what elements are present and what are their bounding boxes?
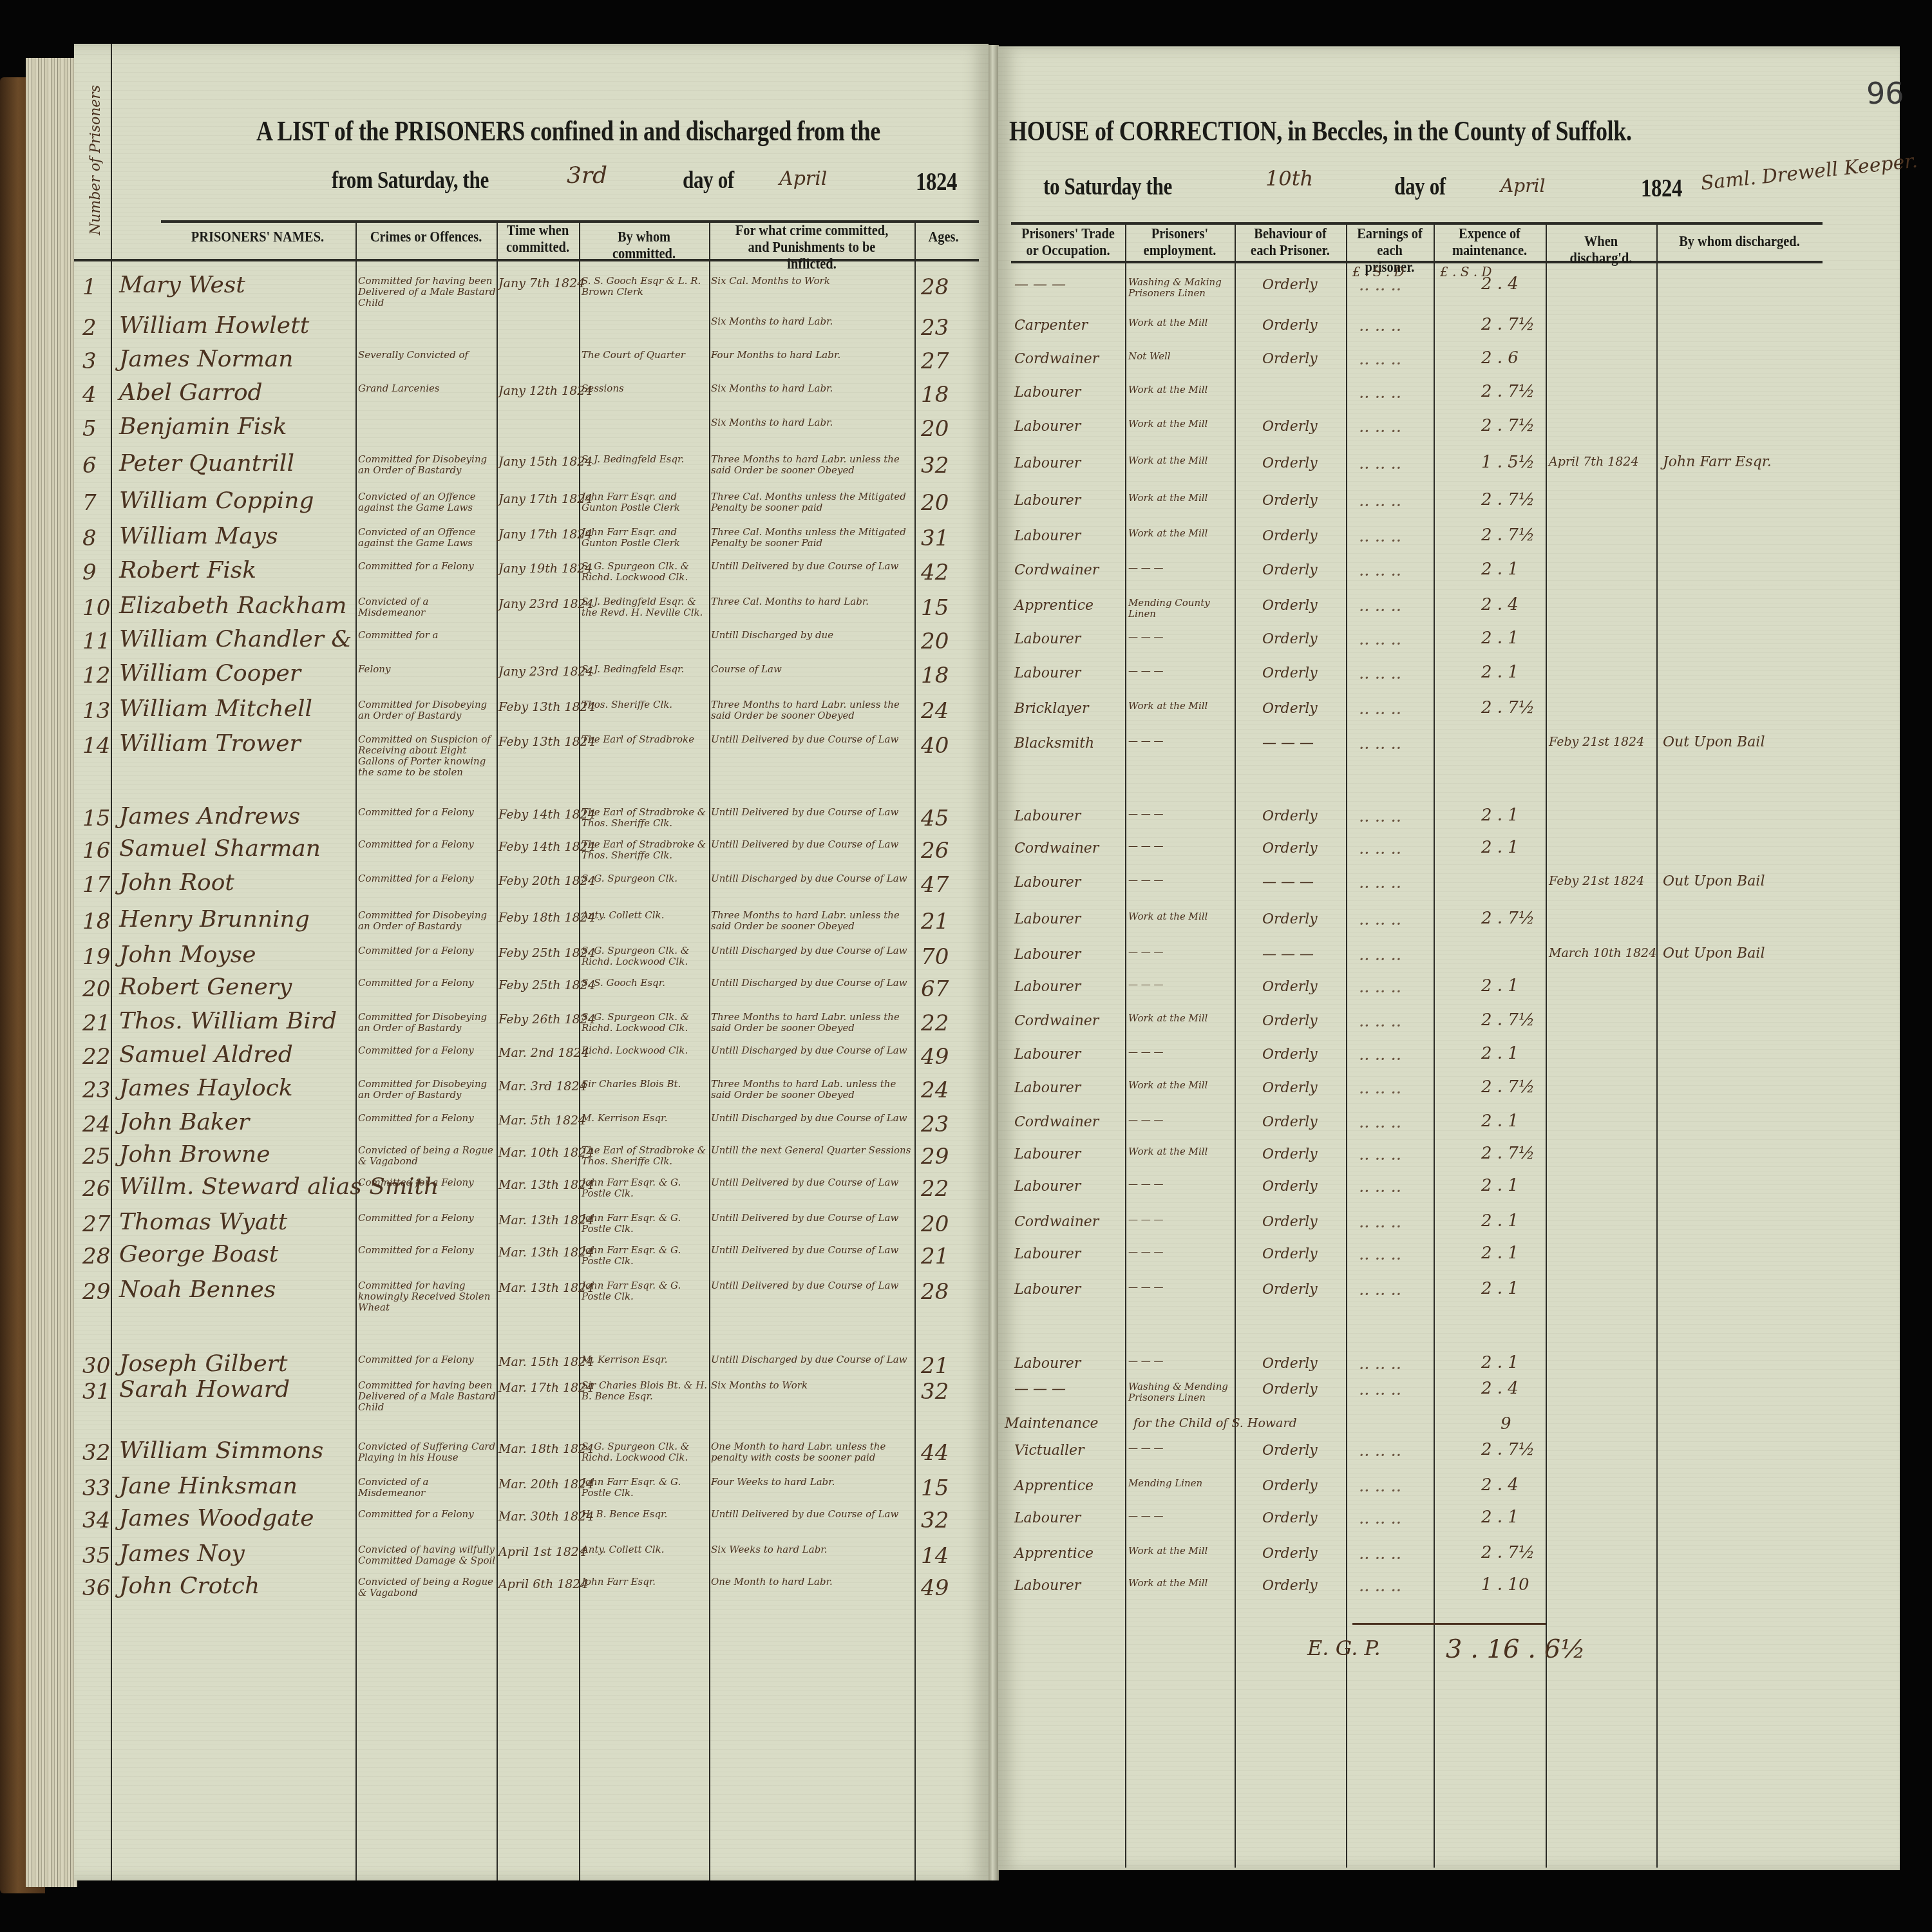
behaviour: Orderly (1262, 808, 1318, 824)
employment: Work at the Mill (1128, 1080, 1234, 1091)
occupation: Labourer (1014, 493, 1081, 509)
period-right-month: April (1501, 175, 1545, 196)
expense: 2 . 4 (1481, 1475, 1519, 1495)
punishment: One Month to hard Labr. (711, 1577, 913, 1587)
committed-by: H. B. Bence Esqr. (582, 1509, 708, 1520)
row-number: 16 (82, 838, 110, 864)
behaviour: Orderly (1262, 911, 1318, 927)
expense: 2 . 1 (1481, 1211, 1519, 1231)
employment: — — — (1128, 875, 1234, 885)
earnings: .. .. .. (1359, 383, 1401, 402)
row-number: 32 (82, 1440, 110, 1466)
punishment: Three Cal. Months to hard Labr. (711, 596, 913, 607)
row-number: 12 (82, 663, 110, 688)
col-header-occupation: Prisoners' Trade or Occupation. (1019, 225, 1116, 259)
prisoner-name: Benjamin Fisk (119, 413, 287, 440)
extra-employment: for the Child of S. Howard (1133, 1417, 1297, 1430)
age: 18 (921, 382, 949, 408)
employment: — — — (1128, 562, 1234, 573)
prisoner-name: Joseph Gilbert (119, 1350, 287, 1377)
age: 28 (921, 274, 949, 300)
earnings: .. .. .. (1359, 699, 1401, 719)
prisoner-name: Robert Genery (119, 974, 292, 1000)
behaviour: Orderly (1262, 598, 1318, 614)
behaviour: Orderly (1262, 1356, 1318, 1372)
total-rule (1352, 1623, 1546, 1625)
earnings: .. .. .. (1359, 1380, 1401, 1399)
prisoner-name: John Moyse (119, 942, 256, 968)
time-committed: Mar. 13th 1824 (498, 1282, 594, 1295)
time-committed: Mar. 10th 1824 (498, 1146, 594, 1160)
age: 70 (921, 944, 949, 970)
crime: Committed for a Felony (358, 1213, 496, 1224)
employment: — — — (1128, 1246, 1234, 1257)
behaviour: Orderly (1262, 1546, 1318, 1562)
earnings: .. .. .. (1359, 910, 1401, 929)
occupation: Labourer (1014, 979, 1081, 995)
punishment: Untill Delivered by due Course of Law (711, 839, 913, 850)
prisoner-name: John Browne (119, 1141, 270, 1168)
earnings: .. .. .. (1359, 350, 1401, 369)
earnings: .. .. .. (1359, 1145, 1401, 1164)
prisoner-name: Jane Hinksman (119, 1473, 298, 1499)
crime: Committed for having been Delivered of a… (358, 276, 496, 308)
committed-by: Thos. Sheriffe Clk. (582, 699, 708, 710)
committed-by: S. J. Bedingfeld Esqr. (582, 664, 708, 675)
age: 32 (921, 1379, 949, 1405)
time-committed: Jany 17th 1824 (498, 493, 592, 506)
occupation: Labourer (1014, 455, 1081, 471)
occupation: Labourer (1014, 1282, 1081, 1298)
age: 44 (921, 1440, 949, 1466)
committed-by: The Earl of Stradbroke & Thos. Sheriffe … (582, 807, 708, 829)
period-left-year: 1824 (916, 166, 957, 196)
occupation: Cordwainer (1014, 1013, 1099, 1029)
row-number: 15 (82, 806, 110, 831)
committed-by: Anty. Collett Clk. (582, 1544, 708, 1555)
punishment: Six Weeks to hard Labr. (711, 1544, 913, 1555)
prisoner-name: William Cooper (119, 660, 301, 687)
row-number: 35 (82, 1543, 110, 1569)
row-number: 7 (82, 490, 97, 516)
occupation: Cordwainer (1014, 840, 1099, 857)
punishment: Untill Discharged by due Course of Law (711, 1113, 913, 1124)
crime: Committed for a Felony (358, 807, 496, 818)
employment: — — — (1128, 1179, 1234, 1189)
punishment: Untill Delivered by due Course of Law (711, 1245, 913, 1256)
behaviour: — — — (1262, 735, 1314, 752)
age: 29 (921, 1144, 949, 1170)
row-number: 8 (82, 526, 97, 551)
time-committed: Mar. 2nd 1824 (498, 1046, 589, 1060)
prisoner-name: James Woodgate (119, 1505, 314, 1531)
employment: — — — (1128, 1214, 1234, 1225)
employment: — — — (1128, 840, 1234, 851)
behaviour: Orderly (1262, 701, 1318, 717)
prisoner-name: Robert Fisk (119, 557, 256, 583)
occupation: Labourer (1014, 1356, 1081, 1372)
col-header-by-whom: By whom committed. (589, 229, 699, 262)
behaviour: Orderly (1262, 455, 1318, 471)
committed-by: S. G. Spurgeon Clk. & Richd. Lockwood Cl… (582, 561, 708, 583)
prisoner-name: William Mays (119, 523, 278, 549)
earnings: .. .. .. (1359, 1509, 1401, 1528)
title-left: A LIST of the PRISONERS confined in and … (256, 115, 880, 147)
age: 22 (921, 1010, 949, 1036)
employment: — — — (1128, 1443, 1234, 1454)
title-right: HOUSE of CORRECTION, in Beccles, in the … (1009, 115, 1632, 147)
crime: Committed for a (358, 630, 496, 641)
occupation: Labourer (1014, 528, 1081, 544)
prisoner-name: John Baker (119, 1109, 249, 1135)
prisoner-name: James Noy (119, 1540, 245, 1567)
expense: 2 . 1 (1481, 560, 1519, 579)
earnings: .. .. .. (1359, 1577, 1401, 1596)
crime: Committed for Disobeying an Order of Bas… (358, 1079, 496, 1101)
employment: — — — (1128, 735, 1234, 746)
prisoner-name: Sarah Howard (119, 1376, 290, 1403)
crime: Committed for a Felony (358, 1177, 496, 1188)
earnings: .. .. .. (1359, 1280, 1401, 1300)
behaviour: Orderly (1262, 1013, 1318, 1029)
occupation: Cordwainer (1014, 562, 1099, 578)
row-number: 6 (82, 453, 97, 478)
committed-by: John Farr Esqr. and Gunton Postle Clerk (582, 527, 708, 549)
crime: Committed for Disobeying an Order of Bas… (358, 910, 496, 932)
expense: 2 . 7½ (1481, 1144, 1535, 1163)
committed-by: S. G. Spurgeon Clk. (582, 873, 708, 884)
earnings: .. .. .. (1359, 491, 1401, 511)
prisoner-name: William Chandler & (119, 626, 352, 652)
time-committed: Mar. 13th 1824 (498, 1246, 594, 1260)
earnings: .. .. .. (1359, 1477, 1401, 1496)
employment: Work at the Mill (1128, 384, 1234, 395)
row-number: 26 (82, 1176, 110, 1202)
row-number: 23 (82, 1077, 110, 1103)
punishment: Three Cal. Months unless the Mitigated P… (711, 527, 913, 549)
period-left-month: April (779, 167, 827, 190)
column-divider (1434, 222, 1435, 1868)
occupation: Labourer (1014, 1510, 1081, 1526)
crime: Severally Convicted of (358, 350, 496, 361)
punishment: Untill Discharged by due Course of Law (711, 978, 913, 989)
occupation: Labourer (1014, 665, 1081, 681)
earnings: .. .. .. (1359, 1245, 1401, 1264)
prisoner-name: Peter Quantrill (119, 450, 294, 477)
committed-by: S. J. Bedingfeld Esqr. & the Revd. H. Ne… (582, 596, 708, 618)
behaviour: Orderly (1262, 1381, 1318, 1397)
expense: 2 . 7½ (1481, 1440, 1535, 1459)
period-right-year: 1824 (1641, 173, 1682, 203)
occupation: Labourer (1014, 1146, 1081, 1162)
discharged-by: John Farr Esqr. (1663, 454, 1772, 470)
crime: Convicted of an Offence against the Game… (358, 491, 496, 513)
employment: Mending County Linen (1128, 598, 1234, 620)
punishment: One Month to hard Labr. unless the penal… (711, 1441, 913, 1463)
earnings: .. .. .. (1359, 873, 1401, 893)
age: 15 (921, 595, 949, 621)
expense: 1 . 5½ (1481, 453, 1535, 472)
expense: 2 . 1 (1481, 1176, 1519, 1195)
expense: 2 . 1 (1481, 629, 1519, 648)
occupation: Apprentice (1014, 1546, 1094, 1562)
committed-by: Sir Charles Blois Bt. & H. B. Bence Esqr… (582, 1380, 708, 1402)
crime: Committed for a Felony (358, 1245, 496, 1256)
committed-by: The Earl of Stradbroke & Thos. Sheriffe … (582, 1145, 708, 1167)
committed-by: John Farr Esqr. & G. Postle Clk. (582, 1280, 708, 1302)
crime: Committed for a Felony (358, 1113, 496, 1124)
earnings: .. .. .. (1359, 417, 1401, 437)
age: 21 (921, 1244, 949, 1269)
earnings: .. .. .. (1359, 734, 1401, 753)
row-number: 3 (82, 348, 97, 374)
row-number: 11 (82, 629, 110, 654)
committed-by: S. G. Spurgeon Clk. & Richd. Lockwood Cl… (582, 945, 708, 967)
age: 14 (921, 1543, 949, 1569)
prisoner-name: Samuel Sharman (119, 835, 321, 862)
age: 67 (921, 976, 949, 1002)
earnings: .. .. .. (1359, 1544, 1401, 1564)
punishment: Three Months to hard Labr. unless the sa… (711, 454, 913, 476)
total-initials: E. G. P. (1307, 1636, 1381, 1660)
behaviour: Orderly (1262, 1246, 1318, 1262)
age: 20 (921, 490, 949, 516)
time-committed: Mar. 5th 1824 (498, 1114, 586, 1128)
punishment: Untill the next General Quarter Sessions (711, 1145, 913, 1156)
earnings: .. .. .. (1359, 1045, 1401, 1065)
extra-expense: 9 (1501, 1414, 1511, 1434)
prisoner-name: James Andrews (119, 803, 300, 829)
employment: Work at the Mill (1128, 493, 1234, 504)
when-discharged: April 7th 1824 (1549, 455, 1639, 469)
age: 49 (921, 1575, 949, 1601)
column-divider (1346, 222, 1347, 1868)
punishment: Three Months to hard Labr. unless the sa… (711, 910, 913, 932)
expense: 2 . 7½ (1481, 909, 1535, 928)
committed-by: John Farr Esqr. & G. Postle Clk. (582, 1213, 708, 1235)
row-number: 20 (82, 976, 110, 1002)
expense: 2 . 7½ (1481, 526, 1535, 545)
committed-by: The Court of Quarter (582, 350, 708, 361)
period-right-day: 10th (1265, 166, 1313, 191)
behaviour: Orderly (1262, 840, 1318, 857)
prisoner-name: James Haylock (119, 1075, 293, 1101)
prisoner-name: Mary West (119, 272, 245, 298)
column-divider (111, 44, 112, 1880)
punishment: Three Months to hard Labr. unless the sa… (711, 1012, 913, 1034)
period-right-prefix: to Saturday the (1043, 173, 1172, 201)
crime: Committed for Disobeying an Order of Bas… (358, 454, 496, 476)
age: 20 (921, 629, 949, 654)
page-edges (26, 58, 77, 1887)
prisoner-name: William Trower (119, 730, 301, 757)
expense: 1 . 10 (1481, 1575, 1529, 1595)
behaviour: Orderly (1262, 1510, 1318, 1526)
col-header-ages: Ages. (919, 229, 969, 245)
age: 20 (921, 416, 949, 442)
book-gutter (989, 45, 999, 1880)
column-divider (497, 222, 498, 1880)
time-committed: Mar. 13th 1824 (498, 1179, 594, 1192)
when-discharged: Feby 21st 1824 (1549, 875, 1644, 888)
expense: 2 . 7½ (1481, 698, 1535, 717)
employment: — — — (1128, 979, 1234, 990)
employment: Work at the Mill (1128, 1578, 1234, 1589)
earnings: .. .. .. (1359, 839, 1401, 858)
behaviour: Orderly (1262, 1578, 1318, 1594)
occupation: Blacksmith (1014, 735, 1094, 752)
crime: Convicted of a Misdemeanor (358, 1477, 496, 1499)
punishment: Four Months to hard Labr. (711, 350, 913, 361)
row-number: 19 (82, 944, 110, 970)
age: 23 (921, 315, 949, 341)
row-number: 34 (82, 1508, 110, 1533)
age: 31 (921, 526, 949, 551)
column-divider (1125, 222, 1126, 1868)
occupation: Labourer (1014, 808, 1081, 824)
expense: 2 . 4 (1481, 595, 1519, 614)
occupation: Labourer (1014, 1046, 1081, 1063)
occupation: — — — (1014, 277, 1066, 293)
row-number: 31 (82, 1379, 110, 1405)
column-divider (1235, 222, 1236, 1868)
age: 18 (921, 663, 949, 688)
employment: Washing & Mending Prisoners Linen (1128, 1381, 1234, 1403)
committed-by: M. Kerrison Esqr. (582, 1113, 708, 1124)
punishment: Six Months to hard Labr. (711, 383, 913, 394)
time-committed: April 1st 1824 (498, 1546, 587, 1559)
committed-by: Richd. Lockwood Clk. (582, 1045, 708, 1056)
column-divider (355, 222, 357, 1880)
time-committed: Mar. 13th 1824 (498, 1214, 594, 1227)
row-number: 5 (82, 416, 97, 442)
row-number: 21 (82, 1010, 110, 1036)
behaviour: Orderly (1262, 631, 1318, 647)
col-header-discharged-by: By whom discharged. (1669, 233, 1810, 250)
age: 22 (921, 1176, 949, 1202)
behaviour: Orderly (1262, 665, 1318, 681)
expense: 2 . 1 (1481, 663, 1519, 682)
crime: Convicted of having wilfully Committed D… (358, 1544, 496, 1566)
row-number: 24 (82, 1112, 110, 1137)
crime: Grand Larcenies (358, 383, 496, 394)
behaviour: Orderly (1262, 317, 1318, 334)
occupation: Apprentice (1014, 598, 1094, 614)
committed-by: S. J. Bedingfeld Esqr. (582, 454, 708, 465)
when-discharged: Feby 21st 1824 (1549, 735, 1644, 749)
prisoner-name: William Simmons (119, 1437, 323, 1464)
prisoner-name: William Mitchell (119, 696, 312, 722)
period-left-prefix: from Saturday, the (332, 166, 489, 194)
age: 42 (921, 560, 949, 585)
col-header-time: Time when committed. (503, 222, 573, 256)
behaviour: Orderly (1262, 1146, 1318, 1162)
crime: Convicted of an Offence against the Game… (358, 527, 496, 549)
discharged-by: Out Upon Bail (1663, 945, 1765, 961)
employment: Work at the Mill (1128, 317, 1234, 328)
committed-by: John Farr Esqr. (582, 1577, 708, 1587)
occupation: Labourer (1014, 911, 1081, 927)
header-rule-top (1011, 222, 1823, 225)
prisoner-name: John Root (119, 869, 234, 896)
age: 20 (921, 1211, 949, 1237)
earnings: .. .. .. (1359, 1113, 1401, 1132)
behaviour: Orderly (1262, 562, 1318, 578)
age: 24 (921, 1077, 949, 1103)
occupation: Bricklayer (1014, 701, 1089, 717)
occupation: Labourer (1014, 875, 1081, 891)
earnings: .. .. .. (1359, 664, 1401, 683)
employment: — — — (1128, 1356, 1234, 1367)
behaviour: Orderly (1262, 528, 1318, 544)
age: 45 (921, 806, 949, 831)
col-header-employment: Prisoners' employment. (1133, 225, 1227, 259)
behaviour: — — — (1262, 947, 1314, 963)
time-committed: Jany 19th 1824 (498, 562, 592, 576)
occupation: Labourer (1014, 1578, 1081, 1594)
occupation: — — — (1014, 1381, 1066, 1397)
crime: Felony (358, 664, 496, 675)
time-committed: Jany 17th 1824 (498, 528, 592, 542)
crime: Committed for having knowingly Received … (358, 1280, 496, 1313)
row-number: 17 (82, 872, 110, 898)
expense: 2 . 1 (1481, 838, 1519, 857)
time-committed: Jany 12th 1824 (498, 384, 592, 398)
row-number: 29 (82, 1279, 110, 1305)
row-number: 30 (82, 1353, 110, 1379)
age: 27 (921, 348, 949, 374)
expense: 2 . 1 (1481, 1279, 1519, 1298)
employment: — — — (1128, 665, 1234, 676)
expense: 2 . 4 (1481, 1379, 1519, 1398)
earnings: .. .. .. (1359, 454, 1401, 473)
time-committed: Mar. 15th 1824 (498, 1356, 594, 1369)
punishment: Untill Discharged by due Course of Law (711, 945, 913, 956)
total-expense: 3 . 16 . 6½ (1446, 1634, 1586, 1664)
crime: Committed for Disobeying an Order of Bas… (358, 1012, 496, 1034)
employment: Work at the Mill (1128, 1546, 1234, 1557)
age: 21 (921, 909, 949, 934)
occupation: Labourer (1014, 1080, 1081, 1096)
row-number: 4 (82, 382, 97, 408)
punishment: Untill Delivered by due Course of Law (711, 1177, 913, 1188)
crime: Committed for a Felony (358, 1509, 496, 1520)
punishment: Untill Discharged by due Course of Law (711, 1354, 913, 1365)
committed-by: Sessions (582, 383, 708, 394)
punishment: Three Months to hard Lab. unless the sai… (711, 1079, 913, 1101)
committed-by: Sir Charles Blois Bt. (582, 1079, 708, 1090)
row-number: 25 (82, 1144, 110, 1170)
occupation: Labourer (1014, 1246, 1081, 1262)
occupation: Labourer (1014, 1179, 1081, 1195)
age: 15 (921, 1475, 949, 1501)
crime: Convicted of being a Rogue & Vagabond (358, 1145, 496, 1167)
committed-by: M. Kerrison Esqr. (582, 1354, 708, 1365)
period-right-dayof: day of (1394, 173, 1446, 201)
behaviour: Orderly (1262, 1080, 1318, 1096)
age: 40 (921, 733, 949, 759)
punishment: Untill Discharged by due (711, 630, 913, 641)
row-number: 22 (82, 1044, 110, 1070)
margin-label: Number of Prisoners (88, 85, 104, 235)
earnings: .. .. .. (1359, 807, 1401, 826)
expense: 2 . 1 (1481, 1353, 1519, 1372)
punishment: Four Weeks to hard Labr. (711, 1477, 913, 1488)
when-discharged: March 10th 1824 (1549, 947, 1656, 960)
prisoner-name: Samuel Aldred (119, 1041, 293, 1068)
prisoner-name: Thos. William Bird (119, 1008, 337, 1034)
prisoner-name: Henry Brunning (119, 906, 310, 933)
